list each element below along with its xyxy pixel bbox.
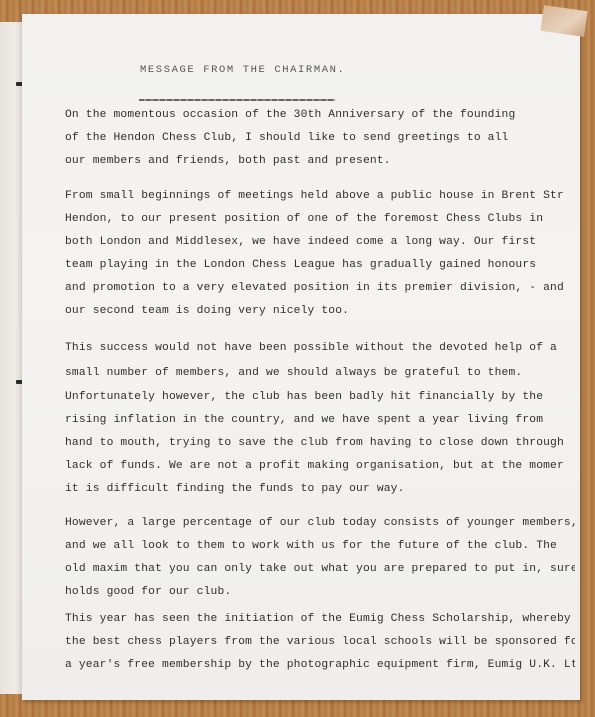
previous-page-edge [0,22,23,694]
text-line: team playing in the London Chess League … [65,254,575,277]
text-line: hand to mouth, trying to save the club f… [65,432,575,455]
text-line: a year's free membership by the photogra… [65,654,575,677]
text-line: of the Hendon Chess Club, I should like … [65,127,575,150]
paragraph-gratitude: This success would not have been possibl… [65,334,575,385]
text-line: our members and friends, both past and p… [65,150,575,173]
paragraph-scholarship: This year has seen the initiation of the… [65,608,575,677]
paragraph-younger-members: However, a large percentage of our club … [65,512,575,604]
paragraph-finances: Unfortunately however, the club has been… [65,386,575,501]
folded-corner [540,5,587,37]
text-line: Unfortunately however, the club has been… [65,386,575,409]
text-line: small number of members, and we should a… [65,362,575,385]
text-line: old maxim that you can only take out wha… [65,558,575,581]
text-line: and promotion to a very elevated positio… [65,277,575,300]
text-line: it is difficult finding the funds to pay… [65,478,575,501]
title-underline [139,99,335,101]
paragraph-greeting: On the momentous occasion of the 30th An… [65,104,575,173]
text-line: Hendon, to our present position of one o… [65,208,575,231]
typewritten-page: MESSAGE FROM THE CHAIRMAN. On the moment… [22,14,580,700]
page-title: MESSAGE FROM THE CHAIRMAN. [140,64,345,76]
text-line: and we all look to them to work with us … [65,535,575,558]
text-line: both London and Middlesex, we have indee… [65,231,575,254]
text-line: rising inflation in the country, and we … [65,409,575,432]
text-line: the best chess players from the various … [65,631,575,654]
text-line: our second team is doing very nicely too… [65,300,575,323]
paragraph-history: From small beginnings of meetings held a… [65,185,575,323]
text-line: This success would not have been possibl… [65,334,575,362]
text-line: holds good for our club. [65,581,575,604]
text-line: However, a large percentage of our club … [65,512,575,535]
text-line: On the momentous occasion of the 30th An… [65,104,575,127]
text-line: From small beginnings of meetings held a… [65,185,575,208]
text-line: This year has seen the initiation of the… [65,608,575,631]
text-line: lack of funds. We are not a profit makin… [65,455,575,478]
